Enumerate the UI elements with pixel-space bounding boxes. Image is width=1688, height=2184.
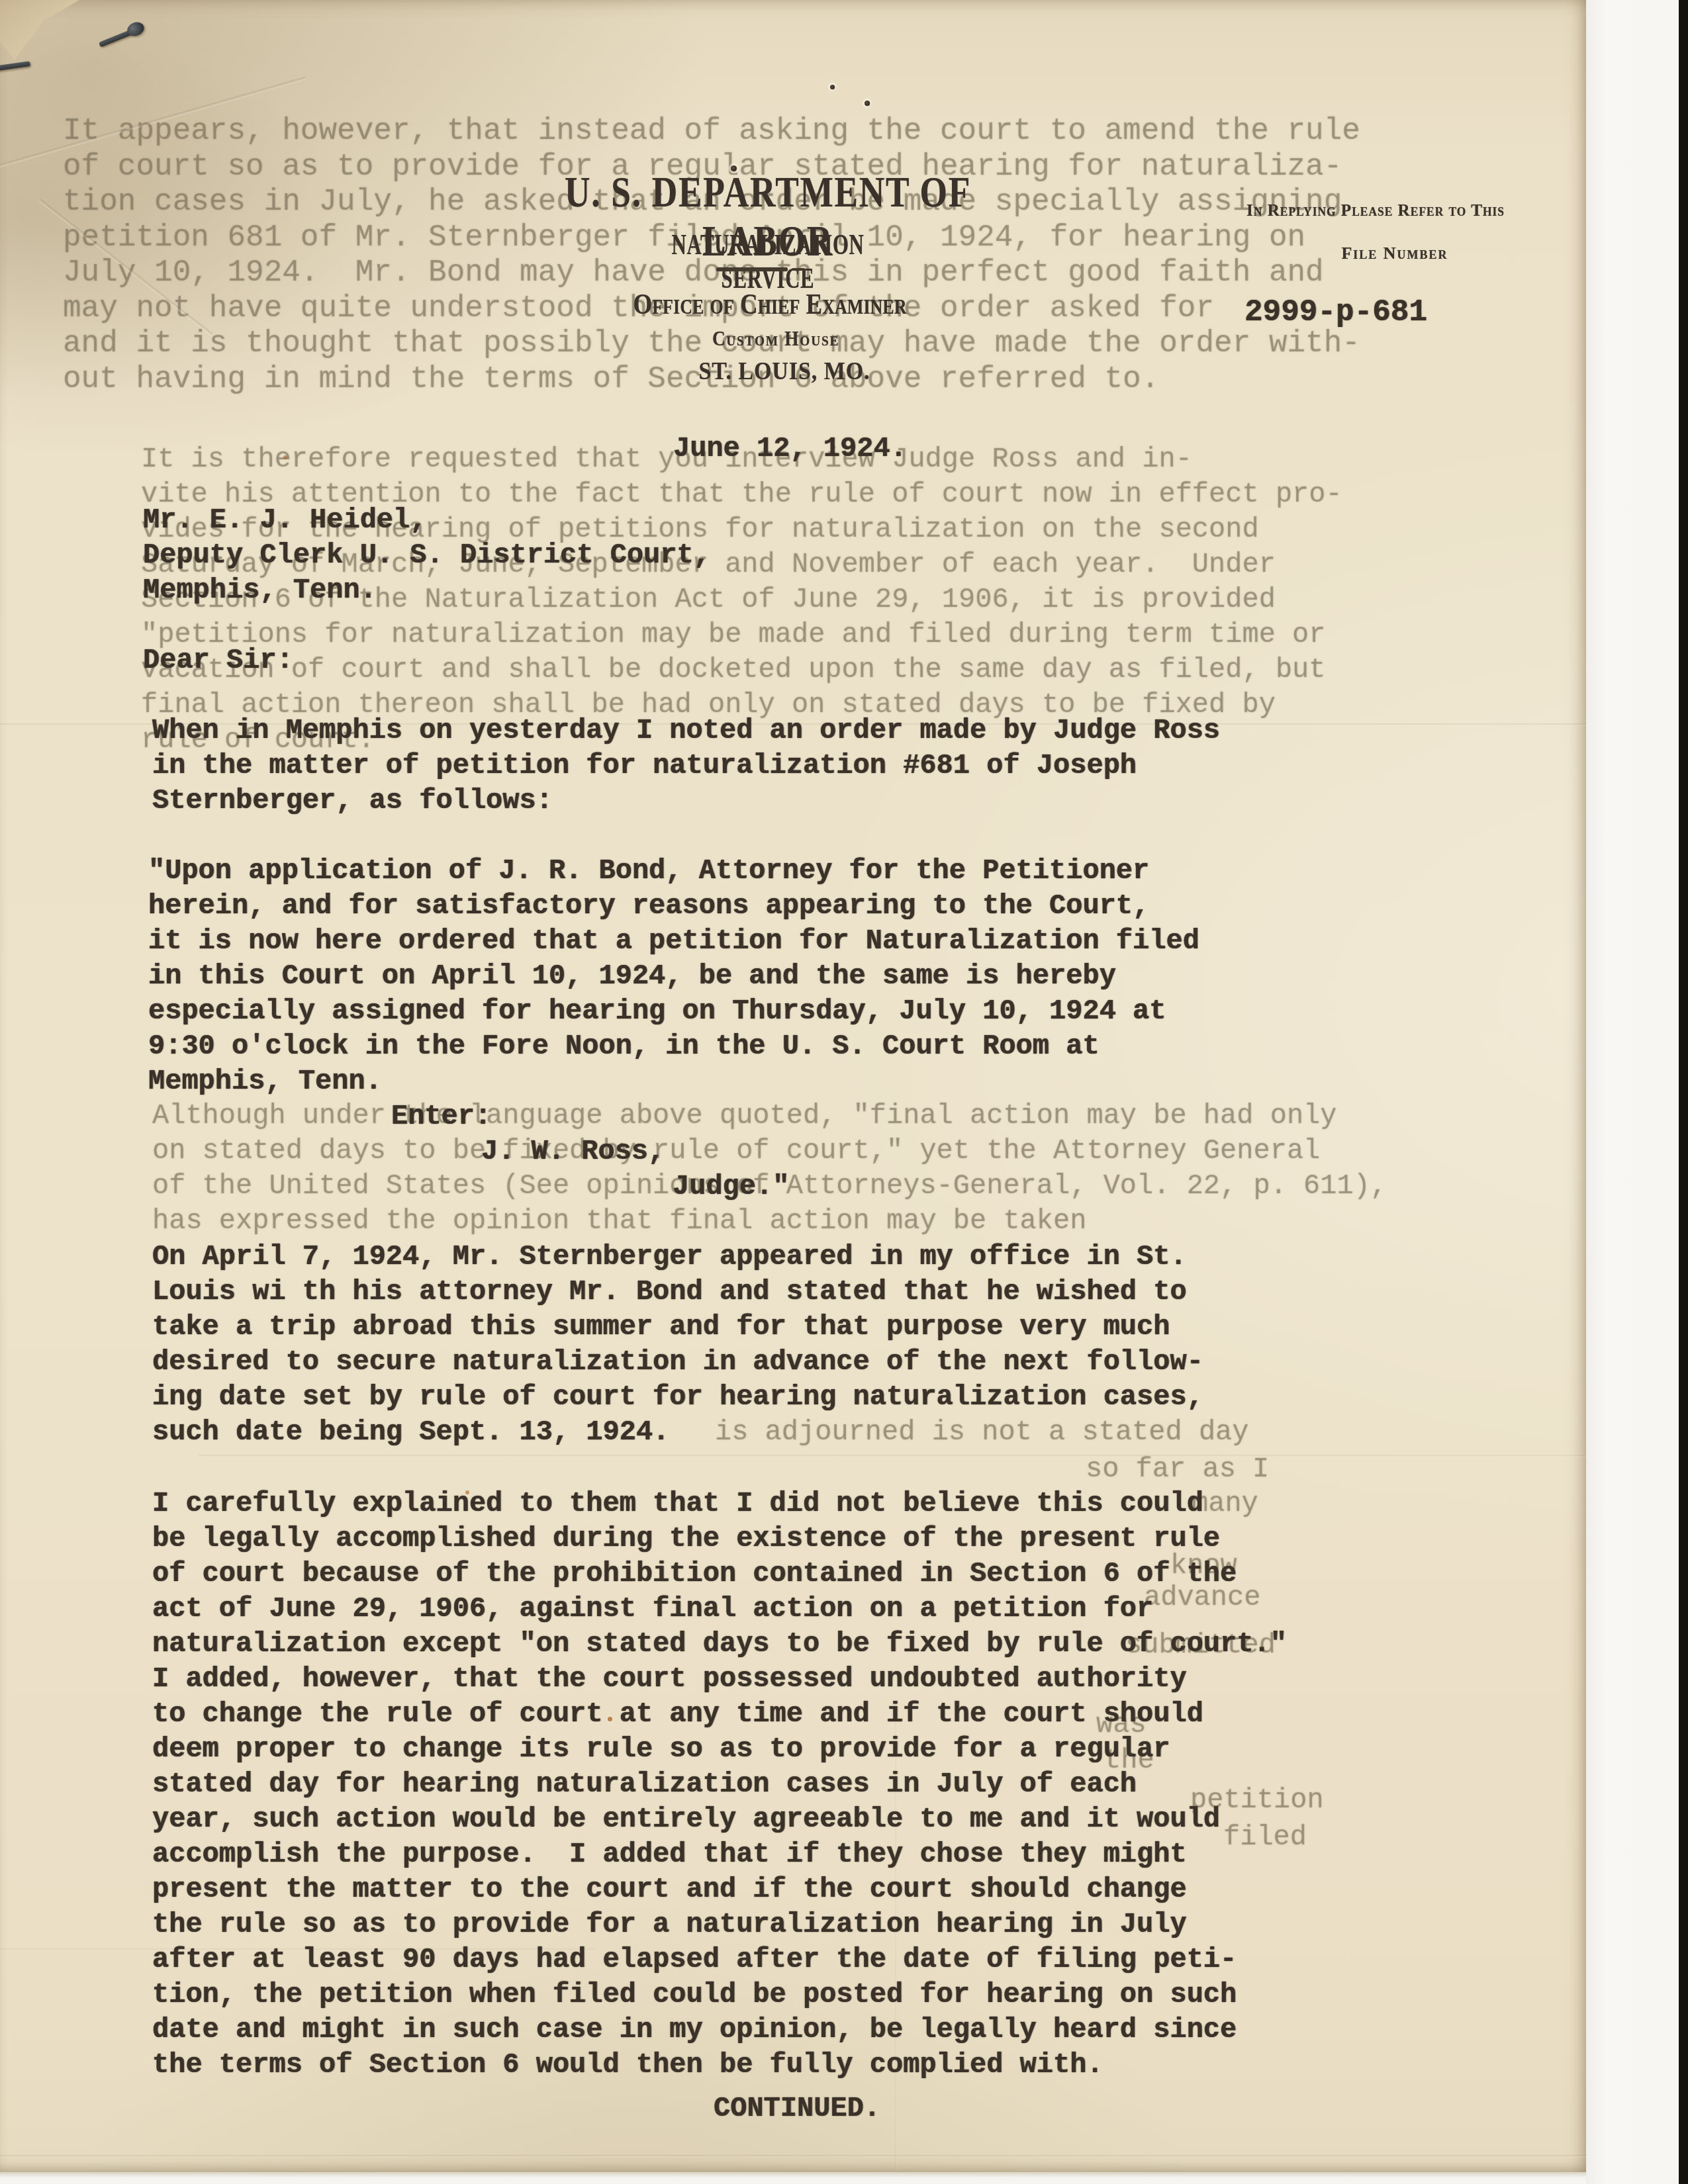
scanner-edge-strip	[1679, 0, 1688, 2184]
salutation: Dear Sir:	[143, 643, 293, 678]
judge-signature-name: J. W. Ross,	[481, 1134, 665, 1169]
letterhead-file-number-label: File Number	[1249, 244, 1540, 263]
recipient-address: Mr. E. J. Heidel, Deputy Clerk U. S. Dis…	[143, 503, 710, 608]
order-enter-label: Enter:	[391, 1099, 491, 1134]
bleedthrough-paragraph-lower: Although under the language above quoted…	[152, 1099, 1387, 1239]
letterhead-divider	[716, 267, 788, 271]
continued-marker: CONTINUED.	[714, 2091, 880, 2126]
scanner-background-bottom	[0, 2172, 1586, 2184]
judge-signature-title: Judge."	[673, 1169, 789, 1205]
quoted-court-order: "Upon application of J. R. Bond, Attorne…	[148, 854, 1199, 1099]
horizontal-crease	[199, 1455, 1586, 1457]
rust-speck	[283, 455, 287, 459]
scanned-letter-page: It appears, however, that instead of ask…	[0, 0, 1688, 2184]
paragraph-explanation: I carefully explained to them that I did…	[152, 1486, 1287, 2083]
letterhead-city: ST. LOUIS, MO.	[663, 357, 906, 386]
torn-corner	[0, 0, 79, 60]
bottom-edge-crease	[0, 2155, 1586, 2158]
letter-date: June 12, 1924.	[673, 432, 907, 467]
letterhead-building: Custom House	[659, 327, 892, 351]
pin-hole	[830, 85, 835, 89]
paragraph-opening: When in Memphis on yesterday I noted an …	[152, 713, 1220, 819]
file-number-value: 2999-p-681	[1244, 295, 1427, 330]
letter-paper: It appears, however, that instead of ask…	[0, 0, 1586, 2172]
letterhead-office: Office of Chief Examiner	[603, 287, 937, 321]
paragraph-visit: On April 7, 1924, Mr. Sternberger appear…	[152, 1240, 1203, 1450]
pin-hole	[865, 101, 870, 106]
staple	[0, 61, 30, 71]
letterhead-reply-note: In Replying Please Refer to This	[1235, 201, 1517, 220]
letterhead-service: NATURALIZATION SERVICE	[629, 228, 907, 295]
scanner-background	[1586, 0, 1688, 2184]
bleedthrough-fragment: so far as I	[1086, 1453, 1269, 1485]
